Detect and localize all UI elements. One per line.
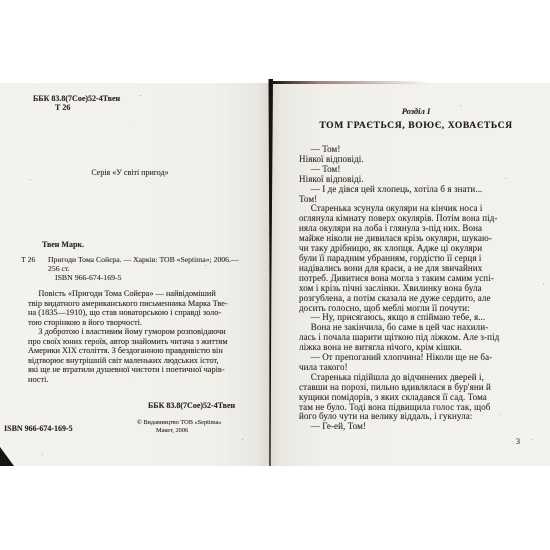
catalog-entry-line2: 256 ст. [48, 264, 70, 273]
author-name: Твен Марк. [42, 240, 84, 249]
text-line: Америки XIX століття. З бездоганною прав… [28, 346, 268, 356]
bbk-classification-bottom: ББК 83.8(7Сое)52-4Твен [148, 401, 235, 410]
left-page: ББК 83.8(7Сое)52-4Твен Т 26 Серія «У сві… [0, 83, 270, 466]
annotation-paragraphs: Повість «Пригоди Тома Сойєра» — найвідом… [28, 289, 268, 384]
bbk-author-code-top: Т 26 [55, 103, 70, 112]
text-line: які ще не втратили душевної чистоти і по… [28, 365, 268, 375]
isbn-bottom: ISBN 966-674-169-5 [4, 424, 73, 433]
chapter-body-text: — Том!Ніякої відповіді. — Том!Ніякої від… [299, 145, 535, 432]
catalog-entry-line1: Пригоди Тома Сойєра. — Харків: ТОВ «Sept… [48, 255, 239, 264]
scan-speck-dots [0, 83, 1, 84]
text-line: відтворює внутрішній світ маленьких людс… [28, 356, 268, 366]
chapter-label: Розділ I [298, 106, 534, 116]
text-line: на (1835—1910), що став новаторською і с… [28, 308, 268, 318]
text-line: про своїх юних героїв, автор знайомить ч… [28, 337, 268, 347]
page-number: 3 [516, 437, 520, 446]
gutter-top-shadow [271, 81, 431, 84]
text-line: тою сторінкою в його творчості. [28, 318, 268, 328]
chapter-title: ТОМ ГРАЄТЬСЯ, ВОЮЄ, ХОВАЄТЬСЯ [298, 120, 534, 131]
series-title: Серія «У світі пригод» [40, 168, 220, 177]
book-spread: ББК 83.8(7Сое)52-4Твен Т 26 Серія «У сві… [0, 83, 550, 466]
text-line: З добротою і властивим йому гумором розп… [28, 327, 268, 337]
copyright-publisher: © Видавництво ТОВ «Septima» [137, 419, 221, 426]
text-line: Повість «Пригоди Тома Сойєра» — найвідом… [28, 289, 268, 299]
text-line: ності. [28, 375, 268, 385]
copyright-layout-year: Макет, 2006 [156, 427, 188, 434]
isbn-catalog: ISBN 966-674-169-5 [55, 273, 122, 282]
bbk-classification-top: ББК 83.8(7Сое)52-4Твен [33, 94, 120, 103]
text-line: твір видатного американського письменник… [28, 299, 268, 309]
catalog-code: Т 26 [21, 255, 35, 264]
text-line: — І де дівся цей хлопець, хотіла б я зна… [299, 185, 535, 195]
text-line: розгублена, а потім сказала не дуже серд… [299, 294, 535, 304]
book-photo: ББК 83.8(7Сое)52-4Твен Т 26 Серія «У сві… [0, 0, 550, 550]
text-line: — Ге-ей, Том! [299, 422, 535, 432]
